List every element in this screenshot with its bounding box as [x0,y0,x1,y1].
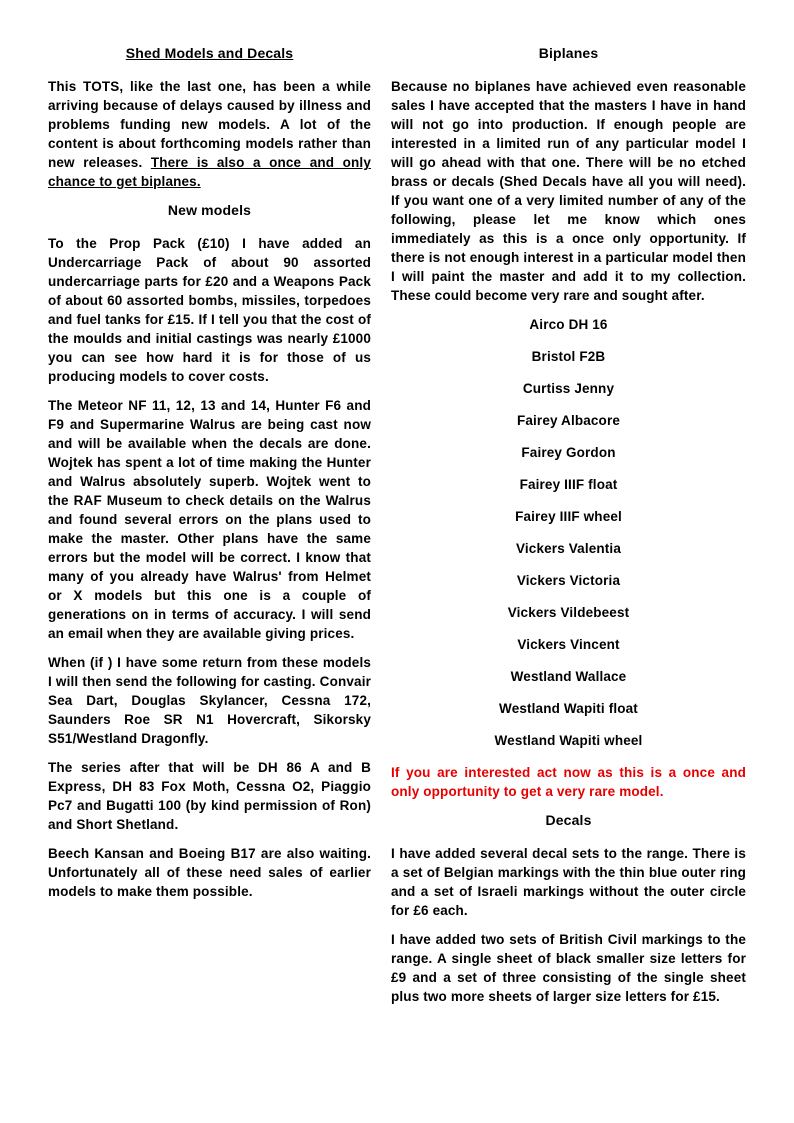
two-column-layout: Shed Models and Decals This TOTS, like t… [48,44,746,1016]
aircraft-list-item: Westland Wapiti wheel [391,731,746,750]
waiting-paragraph: Beech Kansan and Boeing B17 are also wai… [48,844,371,901]
decal-sets-paragraph: I have added several decal sets to the r… [391,844,746,920]
left-column-title: Shed Models and Decals [48,44,371,63]
aircraft-list-item: Fairey IIIF float [391,475,746,494]
biplanes-intro-paragraph: Because no biplanes have achieved even r… [391,77,746,305]
aircraft-list-item: Vickers Valentia [391,539,746,558]
aircraft-list-item: Fairey IIIF wheel [391,507,746,526]
aircraft-list: Airco DH 16 Bristol F2B Curtiss Jenny Fa… [391,315,746,750]
series-paragraph: The series after that will be DH 86 A an… [48,758,371,834]
aircraft-list-item: Vickers Vildebeest [391,603,746,622]
left-column: Shed Models and Decals This TOTS, like t… [48,44,371,1016]
aircraft-list-item: Fairey Albacore [391,411,746,430]
meteor-paragraph: The Meteor NF 11, 12, 13 and 14, Hunter … [48,396,371,643]
document-page: Shed Models and Decals This TOTS, like t… [0,0,794,1123]
aircraft-list-item: Vickers Victoria [391,571,746,590]
aircraft-list-item: Fairey Gordon [391,443,746,462]
aircraft-list-item: Vickers Vincent [391,635,746,654]
intro-paragraph: This TOTS, like the last one, has been a… [48,77,371,191]
aircraft-list-item: Airco DH 16 [391,315,746,334]
decals-heading: Decals [391,811,746,830]
aircraft-list-item: Curtiss Jenny [391,379,746,398]
british-civil-markings-paragraph: I have added two sets of British Civil m… [391,930,746,1006]
aircraft-list-item: Westland Wapiti float [391,699,746,718]
once-only-warning-text: If you are interested act now as this is… [391,763,746,801]
aircraft-list-item: Bristol F2B [391,347,746,366]
prop-pack-paragraph: To the Prop Pack (£10) I have added an U… [48,234,371,386]
biplanes-heading: Biplanes [391,44,746,63]
casting-paragraph: When (if ) I have some return from these… [48,653,371,748]
right-column: Biplanes Because no biplanes have achiev… [391,44,746,1016]
aircraft-list-item: Westland Wallace [391,667,746,686]
new-models-heading: New models [48,201,371,220]
